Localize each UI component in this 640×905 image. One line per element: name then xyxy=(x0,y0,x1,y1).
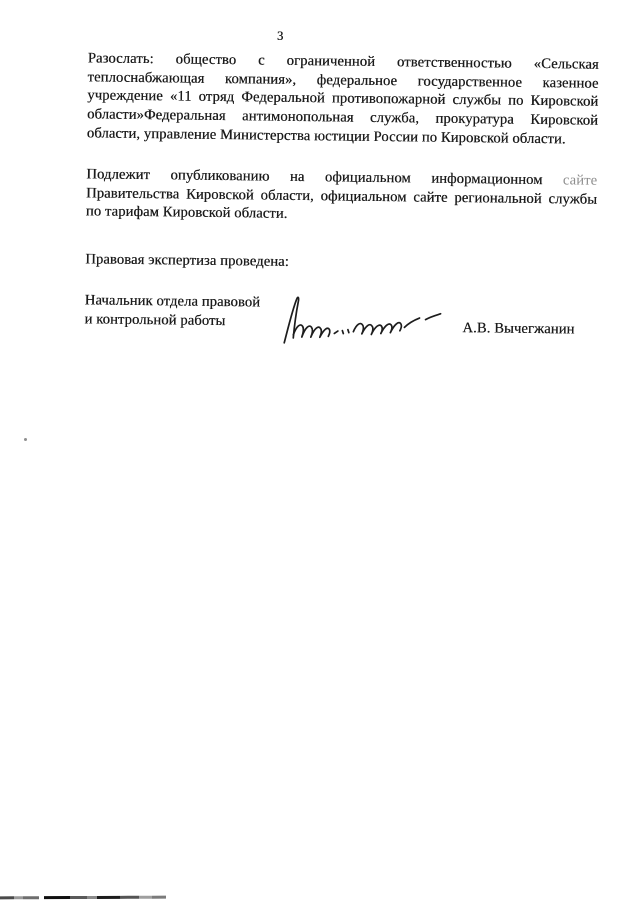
artifact-segment xyxy=(152,896,166,899)
scan-speck-artifact xyxy=(24,438,27,441)
artifact-segment xyxy=(0,896,14,899)
page-number: 3 xyxy=(262,29,298,44)
artifact-segment xyxy=(44,896,70,899)
publication-paragraph: Подлежит опубликованию на официальном ин… xyxy=(86,165,598,228)
artifact-segment xyxy=(120,896,139,899)
artifact-segment xyxy=(97,896,120,899)
signatory-name: А.В. Вычегжанин xyxy=(462,319,574,339)
publication-faded-word: сайте xyxy=(563,172,598,188)
handwritten-signature-icon xyxy=(279,294,448,348)
artifact-segment xyxy=(70,896,87,899)
artifact-segment xyxy=(87,896,97,899)
legal-review-note: Правовая экспертиза проведена: xyxy=(85,250,289,271)
artifact-segment xyxy=(23,896,39,899)
scanned-document-page: 3 Разослать: общество с ограниченной отв… xyxy=(0,0,640,905)
document-content: 3 Разослать: общество с ограниченной отв… xyxy=(0,0,640,905)
artifact-segment xyxy=(14,896,23,899)
distribution-paragraph: Разослать: общество с ограниченной ответ… xyxy=(87,49,599,149)
artifact-segment xyxy=(139,896,152,899)
